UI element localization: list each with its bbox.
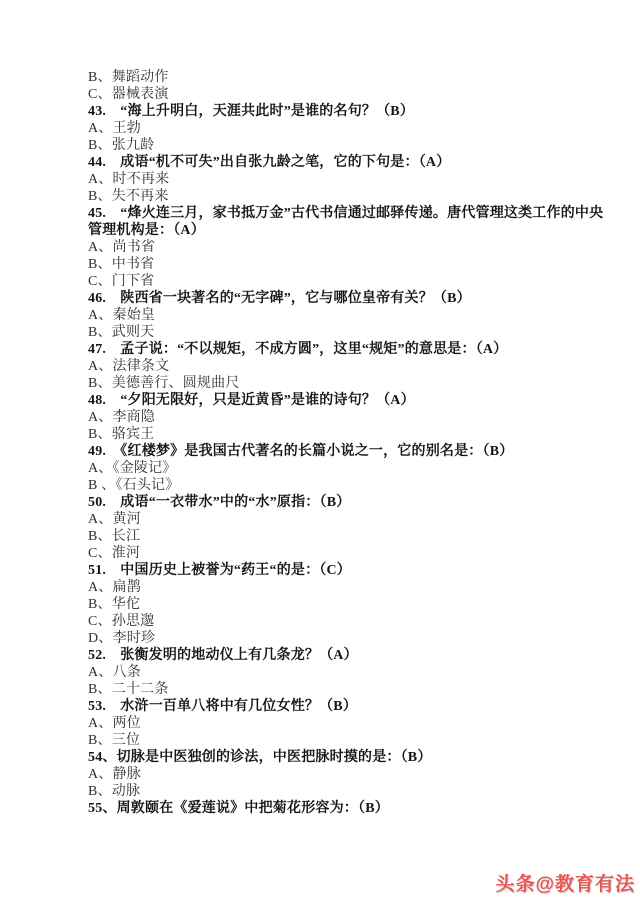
option-line: A、扁鹊 [88, 579, 633, 596]
question-line: 50. 成语“一衣带水”中的“水”原指：（B） [88, 494, 633, 511]
option-line: A、八条 [88, 664, 633, 681]
option-line: A、李商隐 [88, 409, 633, 426]
question-line: 53. 水浒一百单八将中有几位女性？（B） [88, 698, 633, 715]
question-line: 55、周敦颐在《爱莲说》中把菊花形容为：（B） [88, 800, 633, 817]
option-line: B、骆宾王 [88, 426, 633, 443]
option-line: B、武则天 [88, 324, 633, 341]
question-line: 47. 孟子说：“不以规矩，不成方圆”，这里“规矩”的意思是：（A） [88, 341, 633, 358]
option-line: A、王勃 [88, 120, 633, 137]
option-line: B、中书省 [88, 256, 633, 273]
toutiao-watermark: 头条@教育有法 [495, 869, 635, 896]
question-line: 45. “烽火连三月，家书抵万金”古代书信通过邮驿传递。唐代管理这类工作的中央 [88, 205, 633, 222]
option-line: A、法律条文 [88, 358, 633, 375]
option-line: B 、《石头记》 [88, 477, 633, 494]
quiz-text-block: B、舞蹈动作 C、器械表演 43. “海上升明白，天涯共此时”是谁的名句？（B）… [88, 69, 633, 817]
document-page: B、舞蹈动作 C、器械表演 43. “海上升明白，天涯共此时”是谁的名句？（B）… [0, 0, 640, 905]
option-line: D、李时珍 [88, 630, 633, 647]
option-line: A、秦始皇 [88, 307, 633, 324]
question-line: 48. “夕阳无限好，只是近黄昏”是谁的诗句？（A） [88, 392, 633, 409]
question-line: 51. 中国历史上被誉为“药王“的是：（C） [88, 562, 633, 579]
option-line: B、动脉 [88, 783, 633, 800]
question-line: 54、切脉是中医独创的诊法，中医把脉时摸的是：（B） [88, 749, 633, 766]
option-line: A、两位 [88, 715, 633, 732]
option-line: C、孙思邈 [88, 613, 633, 630]
question-line: 52. 张衡发明的地动仪上有几条龙？（A） [88, 647, 633, 664]
question-line: 49. 《红楼梦》是我国古代著名的长篇小说之一，它的别名是：（B） [88, 443, 633, 460]
question-line: 46. 陕西省一块著名的“无字碑”，它与哪位皇帝有关？（B） [88, 290, 633, 307]
option-line: B、华佗 [88, 596, 633, 613]
option-line: B、张九龄 [88, 137, 633, 154]
option-line: B、舞蹈动作 [88, 69, 633, 86]
option-line: A、尚书省 [88, 239, 633, 256]
option-line: C、器械表演 [88, 86, 633, 103]
option-line: B、美德善行、圆规曲尺 [88, 375, 633, 392]
option-line: B、三位 [88, 732, 633, 749]
question-continuation-line: 管理机构是：（A） [88, 222, 633, 239]
option-line: C、门下省 [88, 273, 633, 290]
option-line: A、《金陵记》 [88, 460, 633, 477]
option-line: A、黄河 [88, 511, 633, 528]
option-line: B、长江 [88, 528, 633, 545]
option-line: C、淮河 [88, 545, 633, 562]
option-line: B、失不再来 [88, 188, 633, 205]
question-line: 44. 成语“机不可失”出自张九龄之笔，它的下句是：（A） [88, 154, 633, 171]
option-line: A、静脉 [88, 766, 633, 783]
option-line: A、时不再来 [88, 171, 633, 188]
option-line: B、二十二条 [88, 681, 633, 698]
question-line: 43. “海上升明白，天涯共此时”是谁的名句？（B） [88, 103, 633, 120]
